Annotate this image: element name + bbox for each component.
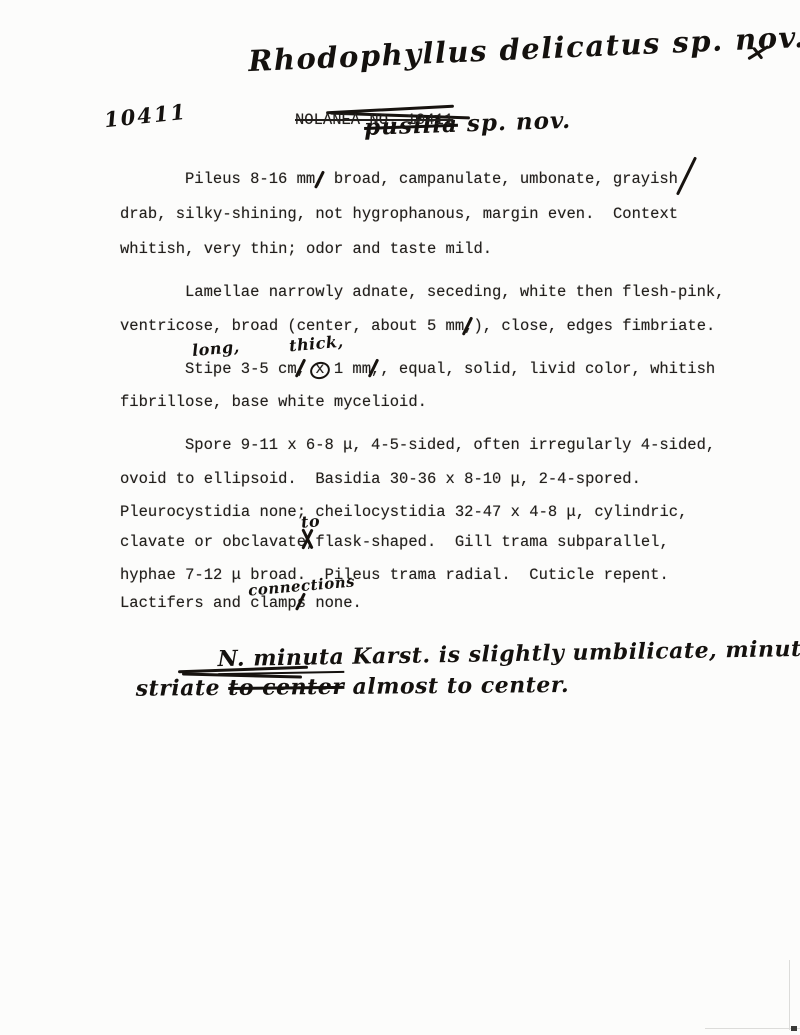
handwritten-catalog-number: 10411	[103, 99, 188, 133]
note-struck-phrase: to center	[228, 674, 344, 701]
p4-line1: Spore 9-11 x 6-8 μ, 4-5-sided, often irr…	[185, 436, 715, 454]
p4-line5: hyphae 7-12 μ broad. Pileus trama radial…	[120, 566, 669, 584]
deletion-slash	[676, 156, 697, 195]
p4-line6: Lactifers and clamps none.	[120, 594, 362, 612]
handwritten-insert-thick: thick,	[288, 332, 344, 356]
handwritten-insert-long: long,	[191, 337, 240, 360]
species-suffix: sp. nov.	[457, 107, 571, 138]
scan-edge-line	[705, 1028, 800, 1029]
p2-line1: Lamellae narrowly adnate, seceding, whit…	[185, 283, 725, 301]
p2-line2: ventricose, broad (center, about 5 mm,),…	[120, 317, 715, 335]
p4-line4: clavate or obclavate,flask-shaped. Gill …	[120, 533, 669, 551]
scan-speck	[791, 1026, 797, 1031]
p1-line1: Pileus 8-16 mm, broad, campanulate, umbo…	[185, 170, 678, 188]
p4-line3: Pleurocystidia none; cheilocystidia 32-4…	[120, 503, 687, 521]
p3-line2: fibrillose, base white mycelioid.	[120, 393, 427, 411]
handwritten-species-title: Rhodophyllus delicatus sp. nov.	[248, 20, 800, 78]
p4-line2: ovoid to ellipsoid. Basidia 30-36 x 8-10…	[120, 470, 641, 488]
note-line2-post: almost to center.	[344, 672, 569, 700]
typed-header-struck: NOLANEA NO. 10411	[295, 111, 453, 129]
p3-line1: Stipe 3-5 cm, x 1 mm,, equal, solid, liv…	[185, 360, 715, 378]
p1-line3: whitish, very thin; odor and taste mild.	[120, 240, 492, 258]
note-line2-pre: striate	[136, 675, 229, 702]
p1-line2: drab, silky-shining, not hygrophanous, m…	[120, 205, 678, 223]
scan-edge-line	[789, 960, 790, 1030]
handwritten-note-line2: striate to center almost to center.	[103, 646, 570, 728]
scanned-document-page: Rhodophyllus delicatus sp. nov. pusilla …	[0, 0, 800, 1035]
